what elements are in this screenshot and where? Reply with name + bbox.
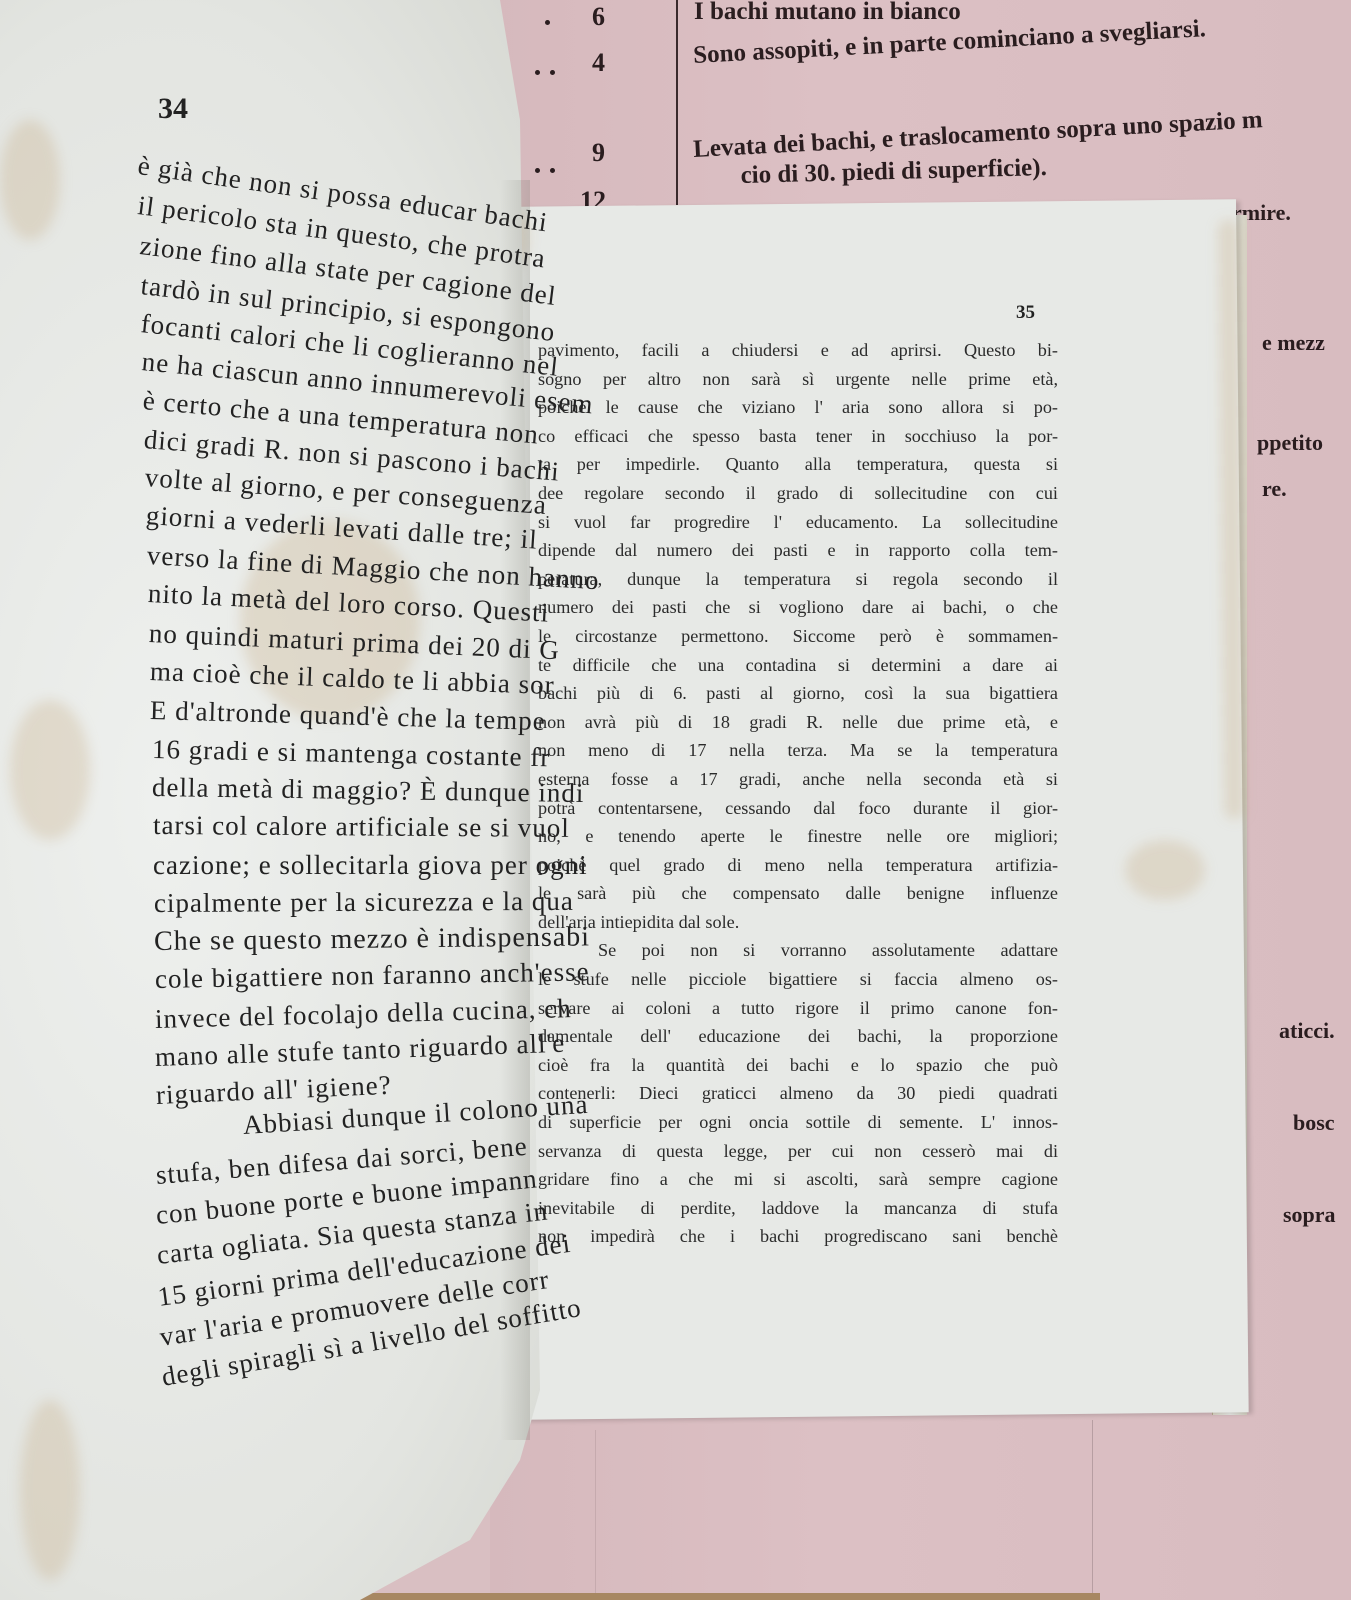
text-line: bachi più di 6. pasti al giorno, così la… [538, 679, 1058, 708]
text-line: peratura, dunque la temperatura si regol… [538, 565, 1058, 594]
sheet-fold-line [1092, 1420, 1093, 1600]
table-column-rule [676, 0, 678, 205]
text-line: numero dei pasti che si vogliono dare ai… [538, 593, 1058, 622]
text-line: cipalmente per la sicurezza e la qua [154, 886, 574, 919]
leader-dot [550, 168, 555, 173]
text-line: sogno per altro non sarà sì urgente nell… [538, 365, 1058, 394]
text-line: poichè le cause che viziano l' aria sono… [538, 393, 1058, 422]
text-line: non avrà più di 18 gradi R. nelle due pr… [538, 708, 1058, 737]
text-line: di superficie per ogni oncia sottile di … [538, 1108, 1058, 1137]
text-line: servanza di questa legge, per cui non ce… [538, 1137, 1058, 1166]
text-line: esterna fosse a 17 gradi, anche nella se… [538, 765, 1058, 794]
text-line: le sarà più che compensato dalle benigne… [538, 879, 1058, 908]
text-line: no, e tenendo aperte le finestre nelle o… [538, 822, 1058, 851]
leader-dot [545, 20, 550, 25]
text-line: dee regolare secondo il grado di solleci… [538, 479, 1058, 508]
page-body-text: pavimento, facili a chiudersi e ad aprir… [538, 336, 1058, 1251]
text-line: le circostanze permettono. Siccome però … [538, 622, 1058, 651]
text-line: co efficaci che spesso basta tener in so… [538, 422, 1058, 451]
text-line: cazione; e sollecitarla giova per ogni [153, 850, 588, 881]
text-line: non impedirà che i bachi progrediscano s… [538, 1222, 1058, 1251]
text-line: inevitabile di perdite, laddove la manca… [538, 1194, 1058, 1223]
text-line: le stufe nelle picciole bigattiere si fa… [538, 965, 1058, 994]
text-line: non meno di 17 nella terza. Ma se la tem… [538, 736, 1058, 765]
sheet-fold-line [595, 1430, 596, 1600]
table-fragment: bosc [1293, 1110, 1335, 1136]
text-line: si vuol far progredire l' educamento. La… [538, 508, 1058, 537]
text-line: poichè quel grado di meno nella temperat… [538, 851, 1058, 880]
text-line: ta per impedirle. Quanto alla temperatur… [538, 450, 1058, 479]
text-line: Se poi non si vorranno assolutamente ada… [538, 936, 1058, 965]
text-line: tarsi col calore artificiale se si vuol [153, 810, 570, 844]
text-line: pavimento, facili a chiudersi e ad aprir… [538, 336, 1058, 365]
text-line: dipende dal numero dei pasti e in rappor… [538, 536, 1058, 565]
text-line: Che se questo mezzo è indispensabi [154, 921, 590, 958]
leader-dot [535, 70, 540, 75]
table-number: 6 [592, 2, 605, 32]
text-line: damentale dell' educazione dei bachi, la… [538, 1022, 1058, 1051]
text-line: gridare fino a che mi si ascolti, sarà s… [538, 1165, 1058, 1194]
table-number: 9 [592, 138, 605, 168]
text-line: te difficile che una contadina si determ… [538, 651, 1058, 680]
table-fragment: e mezz [1262, 330, 1325, 356]
table-fragment: re. [1262, 476, 1287, 502]
table-fragment: aticci. [1279, 1018, 1335, 1044]
text-line: dell'aria intiepidita dal sole. [538, 908, 1058, 937]
text-line: della metà di maggio? È dunque indi [152, 772, 585, 809]
page-number: 35 [1016, 302, 1035, 324]
text-line: potrà contentarsene, cessando dal foco d… [538, 794, 1058, 823]
table-fragment: ppetito [1257, 430, 1323, 456]
page-number: 34 [158, 92, 188, 126]
text-line: cioè fra la quantità dei bachi e lo spaz… [538, 1051, 1058, 1080]
table-row-text: I bachi mutano in bianco [694, 0, 961, 26]
table-number: 4 [592, 48, 605, 78]
leader-dot [535, 168, 540, 173]
table-surface [300, 1593, 1100, 1600]
leader-dot [550, 70, 555, 75]
text-line: servare ai coloni a tutto rigore il prim… [538, 994, 1058, 1023]
table-fragment: sopra [1283, 1202, 1336, 1228]
text-line: contenerli: Dieci graticci almeno da 30 … [538, 1079, 1058, 1108]
